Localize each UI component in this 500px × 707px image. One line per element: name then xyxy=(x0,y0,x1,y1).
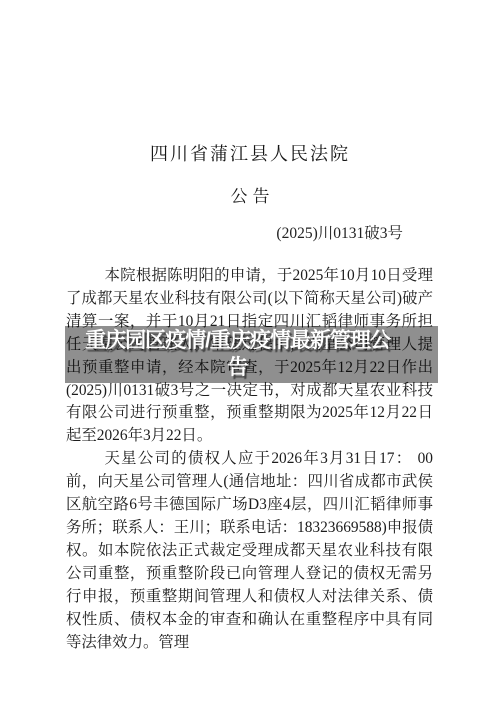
watermark-text-line2: 告 xyxy=(65,354,410,381)
court-notice-page: 四川省蒲江县人民法院 公告 (2025)川0131破3号 本院根据陈明阳的申请，… xyxy=(0,0,500,707)
watermark-text: 重庆园区疫情/重庆疫情最新管理公 告 xyxy=(65,327,410,381)
court-name-heading: 四川省蒲江县人民法院 xyxy=(0,140,500,166)
notice-paragraph-2: 天星公司的债权人应于2026年3月31日17： 00前，向天星公司管理人(通信地… xyxy=(66,448,433,654)
notice-title: 公告 xyxy=(0,182,500,207)
case-number: (2025)川0131破3号 xyxy=(276,221,403,243)
notice-body: 本院根据陈明阳的申请，于2025年10月10日受理了成都天星农业科技有限公司(以… xyxy=(66,265,433,654)
watermark-text-line1: 重庆园区疫情/重庆疫情最新管理公 xyxy=(65,327,410,354)
